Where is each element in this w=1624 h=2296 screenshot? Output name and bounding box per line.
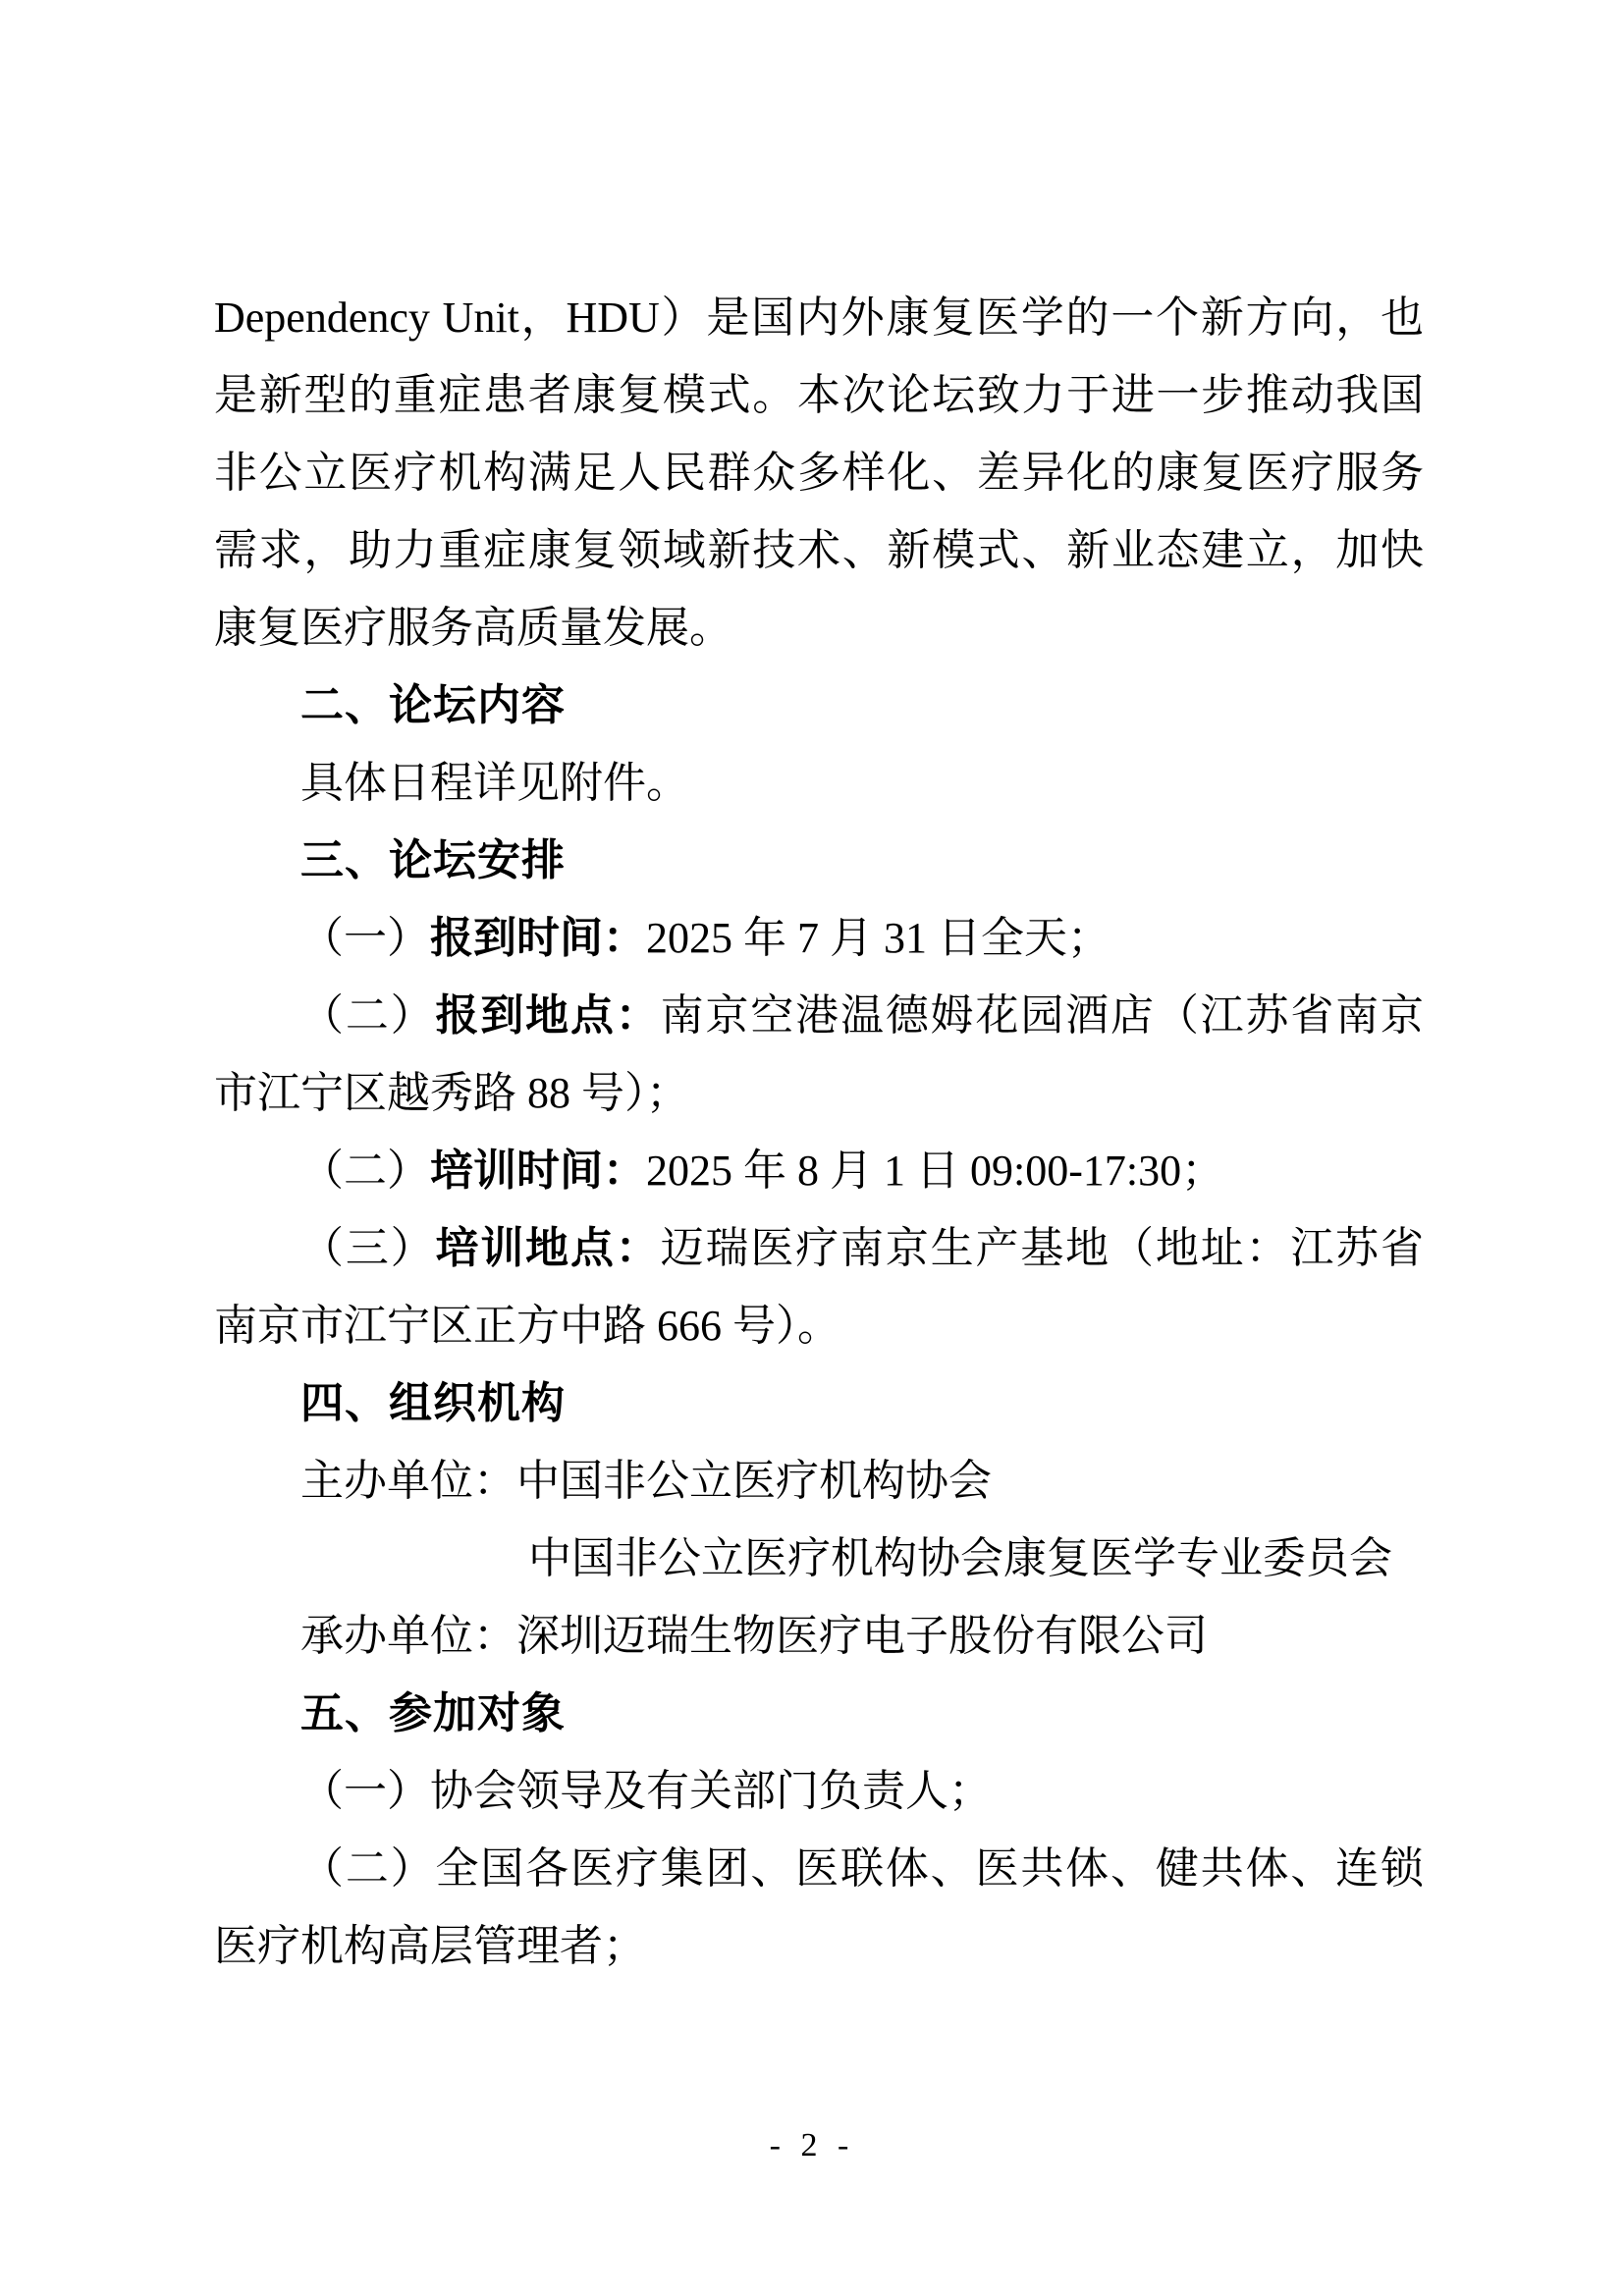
- item-training-location-line1: （三）培训地点：迈瑞医疗南京生产基地（地址：江苏省: [214, 1209, 1424, 1287]
- intro-line-1: Dependency Unit，HDU）是国内外康复医学的一个新方向，也: [214, 279, 1424, 356]
- intro-line-3: 非公立医疗机构满足人民群众多样化、差异化的康复医疗服务: [214, 434, 1424, 511]
- item-prefix: （一）: [300, 914, 430, 962]
- section-heading-forum-content: 二、论坛内容: [214, 667, 1424, 744]
- participant-item-2-line2: 医疗机构高层管理者；: [214, 1907, 1424, 1985]
- section-heading-forum-arrangement: 三、论坛安排: [214, 822, 1424, 899]
- item-label: 报到地点：: [436, 991, 661, 1040]
- item-label: 培训时间：: [430, 1147, 646, 1195]
- organizer-label: 承办单位：: [300, 1612, 516, 1660]
- document-page: Dependency Unit，HDU）是国内外康复医学的一个新方向，也 是新型…: [0, 0, 1624, 2296]
- host-unit-line2: 中国非公立医疗机构协会康复医学专业委员会: [214, 1520, 1424, 1597]
- item-prefix: （二）: [300, 1147, 430, 1195]
- section-heading-participants: 五、参加对象: [214, 1675, 1424, 1752]
- item-label: 报到时间：: [430, 914, 646, 962]
- item-label: 培训地点：: [436, 1224, 661, 1272]
- item-text: 2025 年 8 月 1 日 09:00-17:30；: [646, 1147, 1224, 1195]
- item-training-location-line2: 南京市江宁区正方中路 666 号）。: [214, 1287, 1424, 1364]
- intro-line-4: 需求，助力重症康复领域新技术、新模式、新业态建立，加快: [214, 511, 1424, 589]
- participant-item-1: （一）协会领导及有关部门负责人；: [214, 1752, 1424, 1830]
- host-unit-line1: 主办单位：中国非公立医疗机构协会: [214, 1442, 1424, 1520]
- item-checkin-time: （一）报到时间：2025 年 7 月 31 日全天；: [214, 899, 1424, 977]
- body-text: Dependency Unit，HDU）是国内外康复医学的一个新方向，也 是新型…: [214, 279, 1424, 1985]
- item-text: 南京空港温德姆花园酒店（江苏省南京: [661, 991, 1424, 1040]
- item-prefix: （二）: [300, 991, 436, 1040]
- host-unit-name-1: 中国非公立医疗机构协会: [516, 1457, 992, 1505]
- item-text: 2025 年 7 月 31 日全天；: [646, 914, 1110, 962]
- intro-line-2: 是新型的重症患者康复模式。本次论坛致力于进一步推动我国: [214, 356, 1424, 434]
- item-text: 迈瑞医疗南京生产基地（地址：江苏省: [661, 1224, 1424, 1272]
- item-checkin-location-line2: 市江宁区越秀路 88 号）；: [214, 1054, 1424, 1132]
- page-number: - 2 -: [0, 2124, 1624, 2167]
- forum-content-text: 具体日程详见附件。: [214, 744, 1424, 822]
- item-checkin-location-line1: （二）报到地点：南京空港温德姆花园酒店（江苏省南京: [214, 977, 1424, 1054]
- section-heading-organization: 四、组织机构: [214, 1364, 1424, 1442]
- organizer-line: 承办单位：深圳迈瑞生物医疗电子股份有限公司: [214, 1597, 1424, 1675]
- item-prefix: （三）: [300, 1224, 436, 1272]
- host-unit-label: 主办单位：: [300, 1457, 516, 1505]
- participant-item-2-line1: （二）全国各医疗集团、医联体、医共体、健共体、连锁: [214, 1830, 1424, 1907]
- organizer-name: 深圳迈瑞生物医疗电子股份有限公司: [516, 1612, 1208, 1660]
- item-training-time: （二）培训时间：2025 年 8 月 1 日 09:00-17:30；: [214, 1132, 1424, 1209]
- intro-line-5: 康复医疗服务高质量发展。: [214, 589, 1424, 667]
